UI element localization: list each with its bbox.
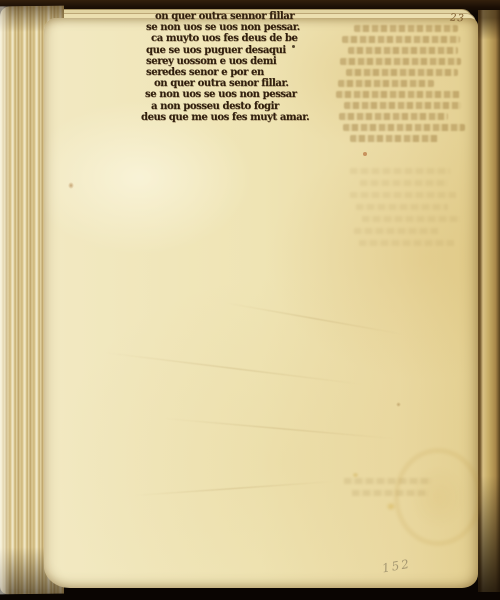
show-through-line <box>344 102 461 109</box>
stain-spot <box>386 502 396 511</box>
folio-number: 23 <box>450 12 465 24</box>
parchment-crease <box>225 302 402 334</box>
show-through-line <box>360 180 448 186</box>
show-through-line <box>362 216 460 222</box>
show-through-text-faint <box>350 168 465 252</box>
manuscript-line: a non posseu desto fogir <box>151 101 309 112</box>
show-through-line <box>336 91 460 98</box>
stain-spot <box>352 472 359 478</box>
blemish-spot <box>396 402 401 407</box>
show-through-line <box>354 25 458 32</box>
manuscript-line: seredes senor e por en <box>146 67 309 78</box>
parchment-crease <box>164 418 393 439</box>
show-through-line <box>342 36 460 43</box>
manuscript-line: ca muyto uos fes deus de be <box>151 33 309 44</box>
show-through-line <box>350 192 456 198</box>
stain <box>394 448 482 546</box>
parchment-crease <box>134 481 334 496</box>
show-through-line <box>346 69 458 76</box>
show-through-text <box>336 25 468 146</box>
text-block: on quer outra sennor fillar se non uos s… <box>140 11 309 123</box>
manuscript-line: que se uos puguer desaqui <box>146 45 309 56</box>
show-through-line <box>338 80 434 87</box>
show-through-line <box>339 113 448 120</box>
show-through-line <box>340 58 461 65</box>
manuscript-line: serey uossom e uos demi <box>146 56 309 67</box>
show-through-line <box>343 124 465 131</box>
ink-dot <box>292 45 295 48</box>
show-through-line <box>348 47 458 54</box>
show-through-line <box>350 135 438 142</box>
manuscript-line: deus que me uos fes muyt amar. <box>141 112 309 123</box>
manuscript-line: se non uos se uos non pessar <box>145 89 309 100</box>
show-through-line <box>350 168 450 174</box>
manuscript-photo: on quer outra sennor fillar se non uos s… <box>0 0 500 600</box>
parchment-crease <box>105 352 363 385</box>
red-mark <box>363 152 367 156</box>
show-through-line <box>359 240 454 246</box>
show-through-line <box>354 228 438 234</box>
blemish-spot <box>68 182 74 189</box>
manuscript-line: on quer outra senor fillar. <box>154 78 309 89</box>
show-through-line <box>356 204 448 210</box>
manuscript-line: se non uos se uos non pessar. <box>146 22 309 33</box>
manuscript-line: on quer outra sennor fillar <box>155 11 309 22</box>
